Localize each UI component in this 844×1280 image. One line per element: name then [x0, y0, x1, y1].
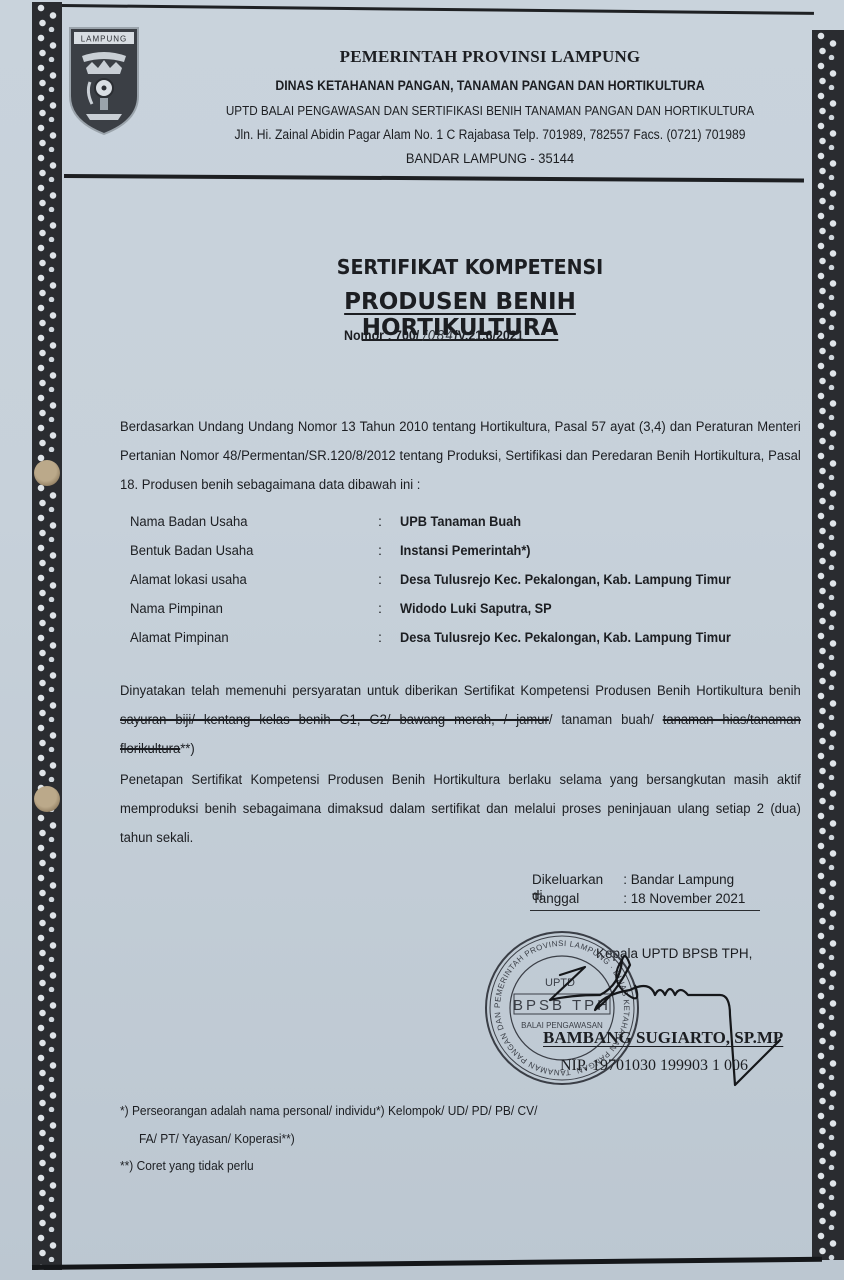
statement-paragraph: Dinyatakan telah memenuhi persyaratan un… — [120, 677, 801, 764]
letterhead-unit: UPTD BALAI PENGAWASAN DAN SERTIFIKASI BE… — [184, 103, 796, 118]
handwritten-signature-icon — [530, 955, 790, 1095]
validity-paragraph: Penetapan Sertifikat Kompetensi Produsen… — [120, 766, 801, 853]
letterhead-address: Jln. Hi. Zainal Abidin Pagar Alam No. 1 … — [184, 127, 796, 142]
field-label: Alamat Pimpinan — [130, 630, 229, 646]
field-label: Bentuk Badan Usaha — [130, 543, 253, 559]
letterhead-government: PEMERINTAH PROVINSI LAMPUNG — [150, 47, 830, 67]
field-label: Nama Badan Usaha — [130, 514, 248, 530]
field-value: Widodo Luki Saputra, SP — [400, 601, 552, 617]
field-label: Nama Pimpinan — [130, 601, 223, 617]
field-label: Alamat lokasi usaha — [130, 572, 247, 588]
legal-basis-paragraph: Berdasarkan Undang Undang Nomor 13 Tahun… — [120, 413, 801, 500]
field-value: Desa Tulusrejo Kec. Pekalongan, Kab. Lam… — [400, 572, 731, 588]
letterhead-city: BANDAR LAMPUNG - 35144 — [177, 150, 803, 166]
punch-hole — [34, 786, 60, 812]
certificate-number: Nomor : 700/ /084/V.21.6/2021 — [344, 328, 524, 344]
handwritten-number: /084 — [423, 328, 455, 344]
struck-text: sayuran biji/ kentang kelas benih G1, G2… — [120, 712, 549, 728]
field-value: UPB Tanaman Buah — [400, 514, 521, 530]
letterhead-agency: DINAS KETAHANAN PANGAN, TANAMAN PANGAN D… — [191, 77, 789, 93]
decorative-border-right — [812, 30, 844, 1260]
field-value: Desa Tulusrejo Kec. Pekalongan, Kab. Lam… — [400, 630, 731, 646]
field-value: Instansi Pemerintah*) — [400, 543, 531, 559]
footnote-1-continued: FA/ PT/ Yayasan/ Koperasi**) — [139, 1131, 295, 1146]
decorative-border-left — [32, 2, 62, 1270]
issuance-divider — [530, 910, 760, 911]
lampung-crest-icon: LAMPUNG — [68, 26, 140, 136]
punch-hole — [34, 460, 60, 486]
certificate-title: SERTIFIKAT KOMPETENSI — [214, 255, 727, 279]
svg-text:LAMPUNG: LAMPUNG — [81, 35, 128, 44]
footnote-2: **) Coret yang tidak perlu — [120, 1158, 254, 1173]
footnote-1: *) Perseorangan adalah nama personal/ in… — [120, 1103, 537, 1118]
